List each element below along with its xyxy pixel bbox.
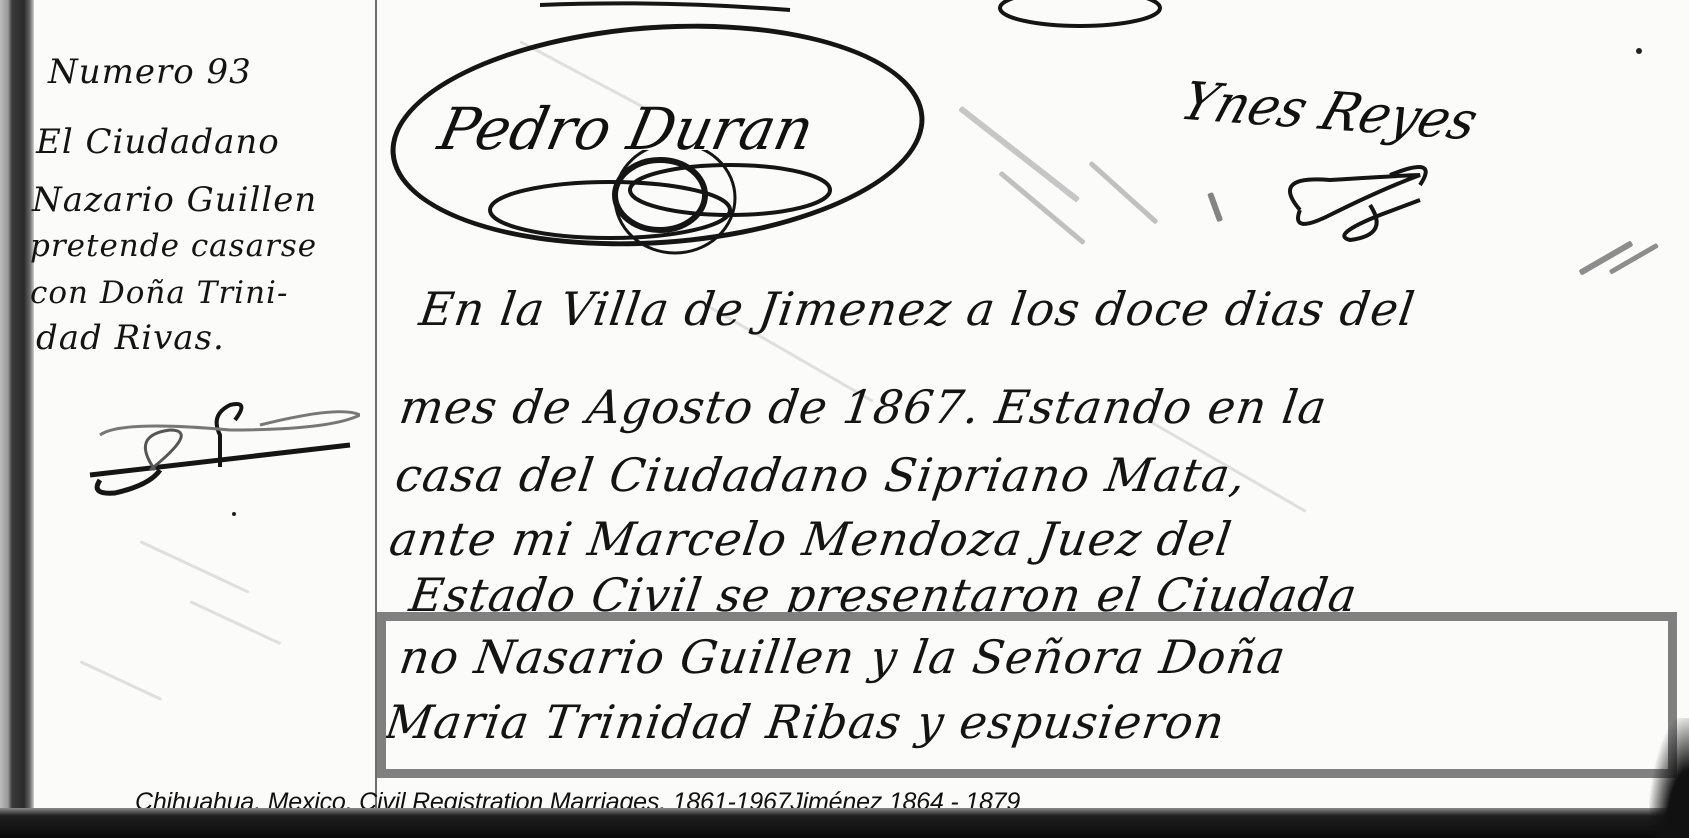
bleed-through-stroke <box>998 171 1085 246</box>
body-line: casa del Ciudadano Sipriano Mata, <box>392 448 1249 502</box>
ink-stroke <box>1579 240 1634 275</box>
page-corner-shadow <box>1649 718 1689 838</box>
signature-flourish-icon <box>1270 145 1470 245</box>
highlight-box <box>377 612 1677 778</box>
margin-note-line: pretende casarse <box>30 228 317 264</box>
binding-shadow <box>0 0 34 838</box>
document-page: Numero 93 El Ciudadano Nazario Guillen p… <box>0 0 1689 838</box>
signature-right: Ynes Reyes <box>1173 72 1485 153</box>
bleed-through-stroke <box>79 660 162 701</box>
margin-note-line: Nazario Guillen <box>32 180 317 220</box>
bleed-through-stroke <box>1088 161 1158 225</box>
bleed-through-stroke <box>189 600 281 645</box>
rubric-flourish-icon <box>60 375 360 505</box>
ink-dot <box>232 512 236 516</box>
body-line: En la Villa de Jimenez a los doce dias d… <box>416 282 1418 336</box>
margin-note-line: dad Rivas. <box>36 318 225 358</box>
signature-flourish-icon <box>460 150 860 260</box>
ink-stroke <box>1207 192 1223 222</box>
page-bottom-edge <box>0 808 1689 838</box>
body-line: mes de Agosto de 1867. Estando en la <box>396 380 1330 434</box>
margin-note-line: Numero 93 <box>48 52 252 92</box>
bleed-through-stroke <box>139 540 249 593</box>
body-line: ante mi Marcelo Mendoza Juez del <box>386 512 1235 566</box>
ink-dot <box>1636 48 1642 54</box>
signature-flourish-icon <box>540 0 1240 40</box>
margin-note-line: con Doña Trini- <box>30 275 288 311</box>
margin-note-line: El Ciudadano <box>36 122 280 162</box>
